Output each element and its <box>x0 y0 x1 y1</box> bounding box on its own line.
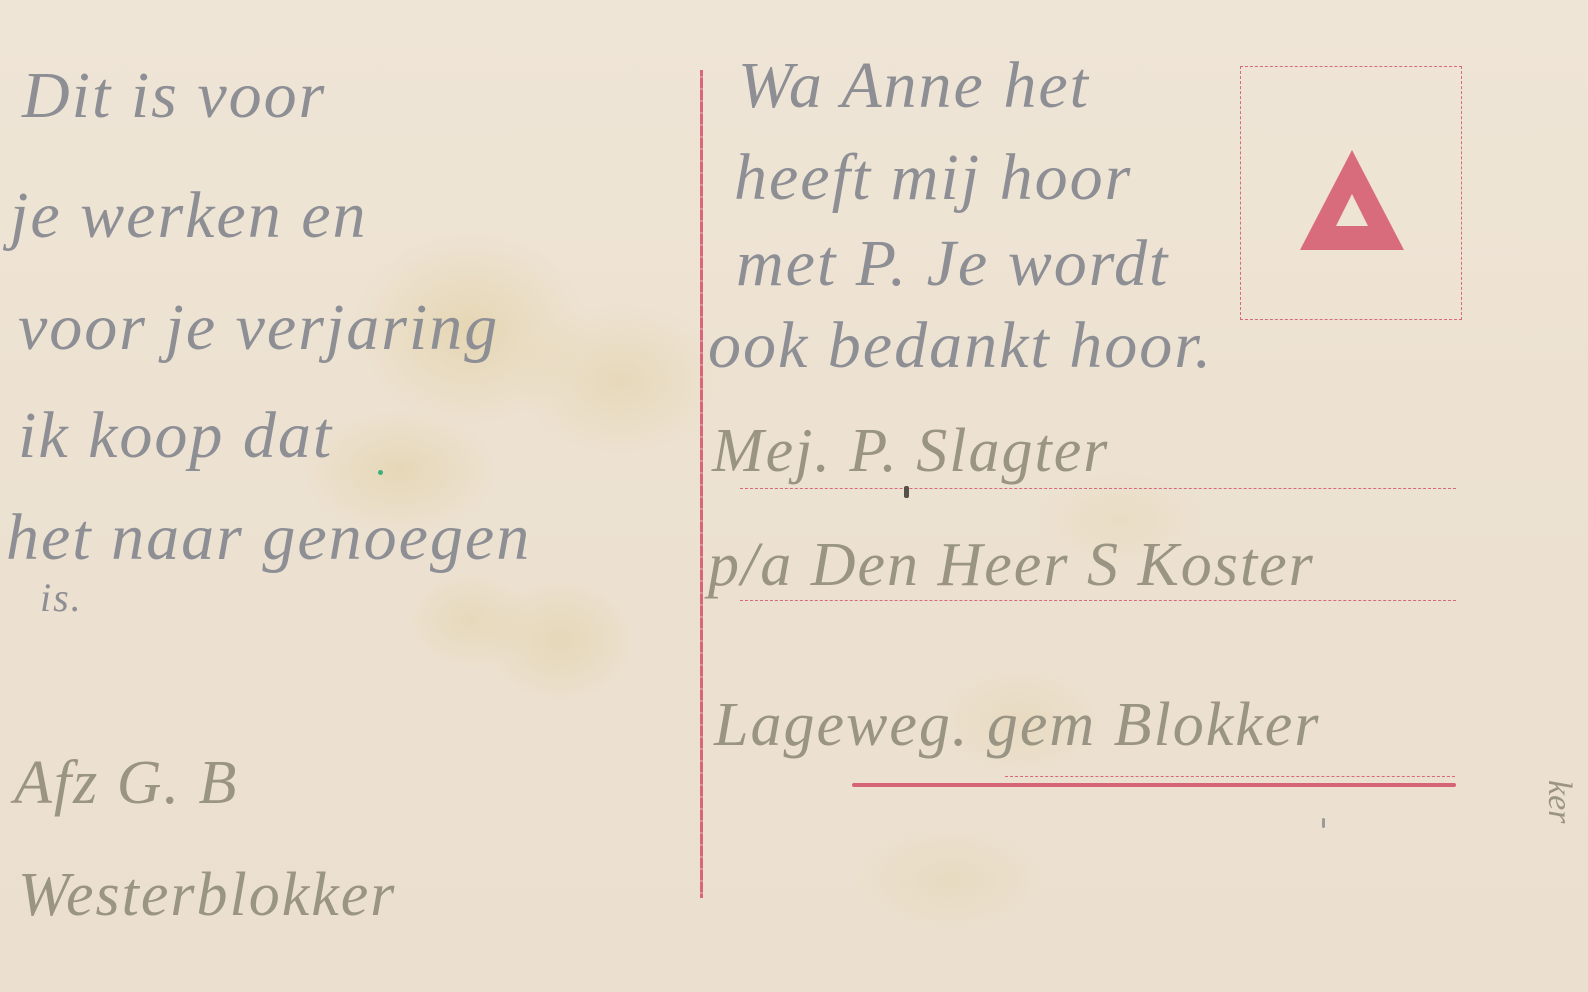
recipient-street-town: Lageweg. gem Blokker <box>714 690 1320 761</box>
note-line-2: heeft mij hoor <box>734 140 1132 216</box>
pencil-speck <box>1322 818 1325 828</box>
message-line-2: je werken en <box>10 178 368 254</box>
recipient-town-overflow: ker <box>1540 780 1578 823</box>
address-line-1 <box>740 488 1456 489</box>
message-line-3: voor je verjaring <box>18 290 499 366</box>
postcard-back: Dit is voor je werken en voor je verjari… <box>0 0 1588 992</box>
message-line-4: ik koop dat <box>18 398 333 474</box>
ink-speck <box>904 486 909 498</box>
green-speck <box>378 470 383 475</box>
triangle-a-stamp-icon <box>1296 146 1408 254</box>
recipient-care-of: p/a Den Heer S Koster <box>708 530 1315 601</box>
sender-initials: Afz G. B <box>14 748 238 819</box>
center-divider-line <box>700 70 703 898</box>
address-line-3-dotted <box>1005 776 1455 777</box>
recipient-name: Mej. P. Slagter <box>712 416 1109 487</box>
sender-town: Westerblokker <box>18 860 396 931</box>
note-line-4: ook bedankt hoor. <box>708 308 1213 384</box>
note-line-3: met P. Je wordt <box>736 226 1169 302</box>
message-line-5: het naar genoegen <box>6 500 531 576</box>
note-line-1: Wa Anne het <box>738 48 1090 124</box>
message-line-6: is. <box>40 574 83 621</box>
message-line-1: Dit is voor <box>22 58 326 134</box>
address-line-3-solid <box>852 783 1456 787</box>
